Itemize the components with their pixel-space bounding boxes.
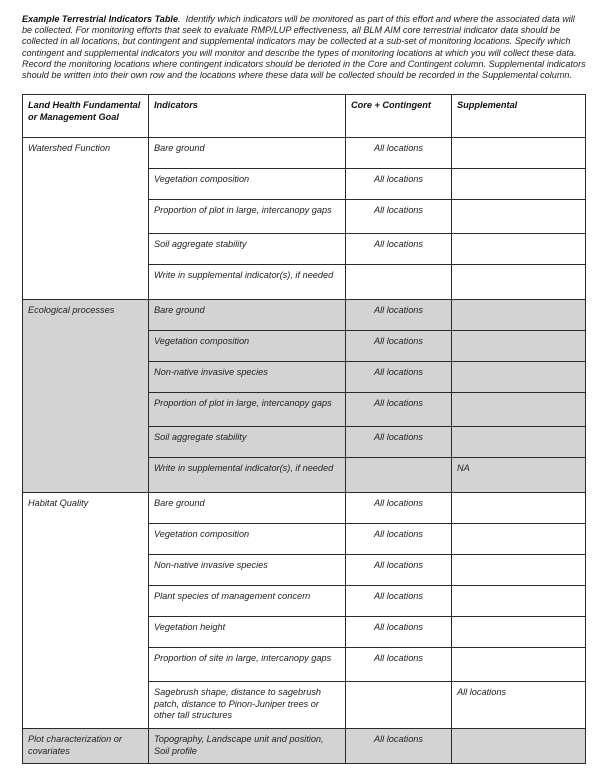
- header-row: Land Health Fundamental or Management Go…: [23, 95, 586, 138]
- core-cell: All locations: [346, 493, 452, 524]
- goal-cell: Watershed Function: [23, 138, 149, 300]
- indicator-cell: Soil aggregate stability: [149, 427, 346, 458]
- supplemental-cell: [452, 393, 586, 427]
- header-supplemental: Supplemental: [452, 95, 586, 138]
- header-core-contingent: Core + Contingent: [346, 95, 452, 138]
- supplemental-cell: [452, 555, 586, 586]
- table-row: Habitat Quality Bare ground All location…: [23, 493, 586, 524]
- core-cell: All locations: [346, 234, 452, 265]
- supplemental-cell: All locations: [452, 682, 586, 729]
- supplemental-cell: [452, 586, 586, 617]
- goal-cell: Habitat Quality: [23, 493, 149, 729]
- indicator-cell: Bare ground: [149, 300, 346, 331]
- core-cell: [346, 682, 452, 729]
- core-cell: All locations: [346, 138, 452, 169]
- indicator-cell: Write in supplemental indicator(s), if n…: [149, 458, 346, 493]
- supplemental-cell: [452, 493, 586, 524]
- terrestrial-indicators-table: Land Health Fundamental or Management Go…: [22, 94, 586, 764]
- indicator-cell: Soil aggregate stability: [149, 234, 346, 265]
- supplemental-cell: [452, 524, 586, 555]
- supplemental-cell: [452, 138, 586, 169]
- core-cell: All locations: [346, 362, 452, 393]
- core-cell: All locations: [346, 200, 452, 234]
- intro-paragraph: Example Terrestrial Indicators Table. Id…: [22, 14, 587, 81]
- header-indicators: Indicators: [149, 95, 346, 138]
- supplemental-cell: [452, 648, 586, 682]
- table-row: Ecological processes Bare ground All loc…: [23, 300, 586, 331]
- goal-cell: Plot characterization or covariates: [23, 729, 149, 764]
- supplemental-cell: [452, 200, 586, 234]
- supplemental-cell[interactable]: NA: [452, 458, 586, 493]
- supplemental-cell: [452, 300, 586, 331]
- indicator-cell: Write in supplemental indicator(s), if n…: [149, 265, 346, 300]
- indicator-cell: Proportion of plot in large, intercanopy…: [149, 393, 346, 427]
- core-cell: All locations: [346, 648, 452, 682]
- supplemental-cell: [452, 427, 586, 458]
- supplemental-cell: [452, 617, 586, 648]
- supplemental-cell[interactable]: [452, 265, 586, 300]
- core-cell: All locations: [346, 524, 452, 555]
- indicator-cell: Vegetation composition: [149, 524, 346, 555]
- core-cell: All locations: [346, 169, 452, 200]
- core-cell: All locations: [346, 555, 452, 586]
- title-separator: .: [178, 14, 186, 24]
- supplemental-cell: [452, 169, 586, 200]
- table-title: Example Terrestrial Indicators Table: [22, 14, 178, 24]
- supplemental-cell: [452, 362, 586, 393]
- indicator-cell: Sagebrush shape, distance to sagebrush p…: [149, 682, 346, 729]
- indicator-cell: Proportion of plot in large, intercanopy…: [149, 200, 346, 234]
- indicator-cell: Non-native invasive species: [149, 362, 346, 393]
- core-cell: All locations: [346, 586, 452, 617]
- indicator-cell: Vegetation composition: [149, 169, 346, 200]
- table-row: Plot characterization or covariates Topo…: [23, 729, 586, 764]
- core-cell: All locations: [346, 729, 452, 764]
- supplemental-cell: [452, 331, 586, 362]
- indicator-cell: Topography, Landscape unit and position,…: [149, 729, 346, 764]
- core-cell: All locations: [346, 393, 452, 427]
- indicator-cell: Vegetation composition: [149, 331, 346, 362]
- indicator-cell: Vegetation height: [149, 617, 346, 648]
- indicator-cell: Bare ground: [149, 493, 346, 524]
- indicator-cell: Proportion of site in large, intercanopy…: [149, 648, 346, 682]
- core-cell: All locations: [346, 300, 452, 331]
- indicator-cell: Bare ground: [149, 138, 346, 169]
- core-cell: All locations: [346, 617, 452, 648]
- goal-cell: Ecological processes: [23, 300, 149, 493]
- indicator-cell: Non-native invasive species: [149, 555, 346, 586]
- indicator-cell: Plant species of management concern: [149, 586, 346, 617]
- core-cell: All locations: [346, 331, 452, 362]
- supplemental-cell: [452, 234, 586, 265]
- core-cell: All locations: [346, 427, 452, 458]
- core-cell[interactable]: [346, 458, 452, 493]
- header-goal: Land Health Fundamental or Management Go…: [23, 95, 149, 138]
- core-cell[interactable]: [346, 265, 452, 300]
- table-row: Watershed Function Bare ground All locat…: [23, 138, 586, 169]
- supplemental-cell: [452, 729, 586, 764]
